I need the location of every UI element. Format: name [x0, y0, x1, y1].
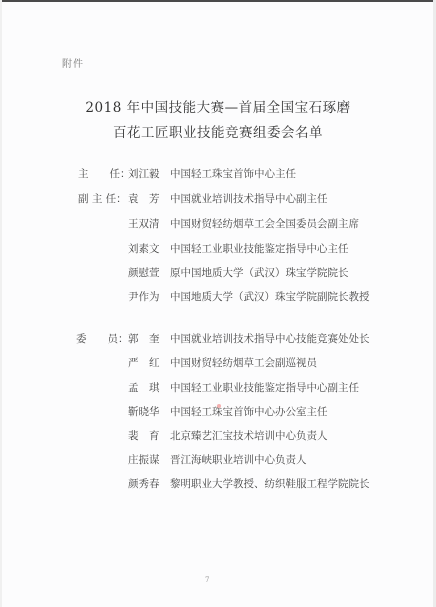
- member-title: 中国轻工珠宝首饰中心主任: [170, 166, 296, 181]
- member-name: 袁 芳: [128, 191, 168, 206]
- member-title: 中国轻工珠宝首饰中心办公室主任: [170, 404, 328, 419]
- member-name: 王双清: [128, 216, 168, 231]
- committee-member-row: 庄振谋 晋江海峡职业培训中心负责人: [0, 452, 436, 468]
- member-name: 庄振谋: [128, 452, 168, 467]
- member-name: 孟 琪: [128, 380, 168, 395]
- member-name: 刘江毅: [128, 166, 168, 181]
- member-title: 北京臻艺汇宝技术培训中心负责人: [170, 428, 328, 443]
- member-title: 黎明职业大学教授、纺织鞋服工程学院院长: [170, 476, 370, 491]
- member-title: 中国就业培训技术指导中心副主任: [170, 191, 328, 206]
- member-name: 郭 奎: [128, 331, 168, 346]
- deputy-director-row: 副 主 任： 袁 芳 中国就业培训技术指导中心副主任: [0, 191, 436, 207]
- deputy-director-row: 尹作为 中国地质大学（武汉）珠宝学院副院长教授: [0, 289, 436, 305]
- document-title-line-2: 百花工匠职业技能竞赛组委会名单: [0, 121, 436, 141]
- member-title: 中国财贸轻纺烟草工会全国委员会副主席: [170, 216, 359, 231]
- member-title: 晋江海峡职业培训中心负责人: [170, 452, 307, 467]
- member-name: 颜秀春: [128, 476, 168, 491]
- committee-member-row: 裴 育 北京臻艺汇宝技术培训中心负责人: [0, 428, 436, 444]
- committee-member-row: 孟 琪 中国轻工业职业技能鉴定指导中心副主任: [0, 380, 436, 396]
- committee-member-row: 委 员： 郭 奎 中国就业培训技术指导中心技能竞赛处处长: [0, 331, 436, 347]
- role-label-member: 委 员：: [76, 331, 129, 346]
- member-name: 刘素文: [128, 241, 168, 256]
- member-title: 中国轻工业职业技能鉴定指导中心副主任: [170, 380, 359, 395]
- member-title: 中国就业培训技术指导中心技能竞赛处处长: [170, 331, 370, 346]
- member-name: 靳晓华: [128, 404, 168, 419]
- red-ink-mark: [217, 404, 221, 408]
- document-title-line-1: 2018 年中国技能大赛—首届全国宝石琢磨: [0, 96, 436, 116]
- member-title: 中国财贸轻纺烟草工会副巡视员: [170, 355, 317, 370]
- role-label-deputy-director: 副 主 任：: [78, 191, 127, 206]
- page-number: 7: [205, 576, 209, 584]
- attachment-label: 附件: [62, 55, 84, 70]
- member-name: 严 红: [128, 355, 168, 370]
- member-title: 原中国地质大学（武汉）珠宝学院院长: [170, 265, 349, 280]
- deputy-director-row: 颜慰萱 原中国地质大学（武汉）珠宝学院院长: [0, 265, 436, 281]
- member-title: 中国轻工业职业技能鉴定指导中心主任: [170, 241, 349, 256]
- committee-member-row: 颜秀春 黎明职业大学教授、纺织鞋服工程学院院长: [0, 476, 436, 492]
- member-title: 中国地质大学（武汉）珠宝学院副院长教授: [170, 289, 370, 304]
- role-label-director: 主 任：: [78, 166, 131, 181]
- member-name: 裴 育: [128, 428, 168, 443]
- member-name: 颜慰萱: [128, 265, 168, 280]
- scan-top-border: [0, 0, 436, 2]
- member-name: 尹作为: [128, 289, 168, 304]
- deputy-director-row: 刘素文 中国轻工业职业技能鉴定指导中心主任: [0, 241, 436, 257]
- director-row: 主 任： 刘江毅 中国轻工珠宝首饰中心主任: [0, 166, 436, 182]
- deputy-director-row: 王双清 中国财贸轻纺烟草工会全国委员会副主席: [0, 216, 436, 232]
- committee-member-row: 严 红 中国财贸轻纺烟草工会副巡视员: [0, 355, 436, 371]
